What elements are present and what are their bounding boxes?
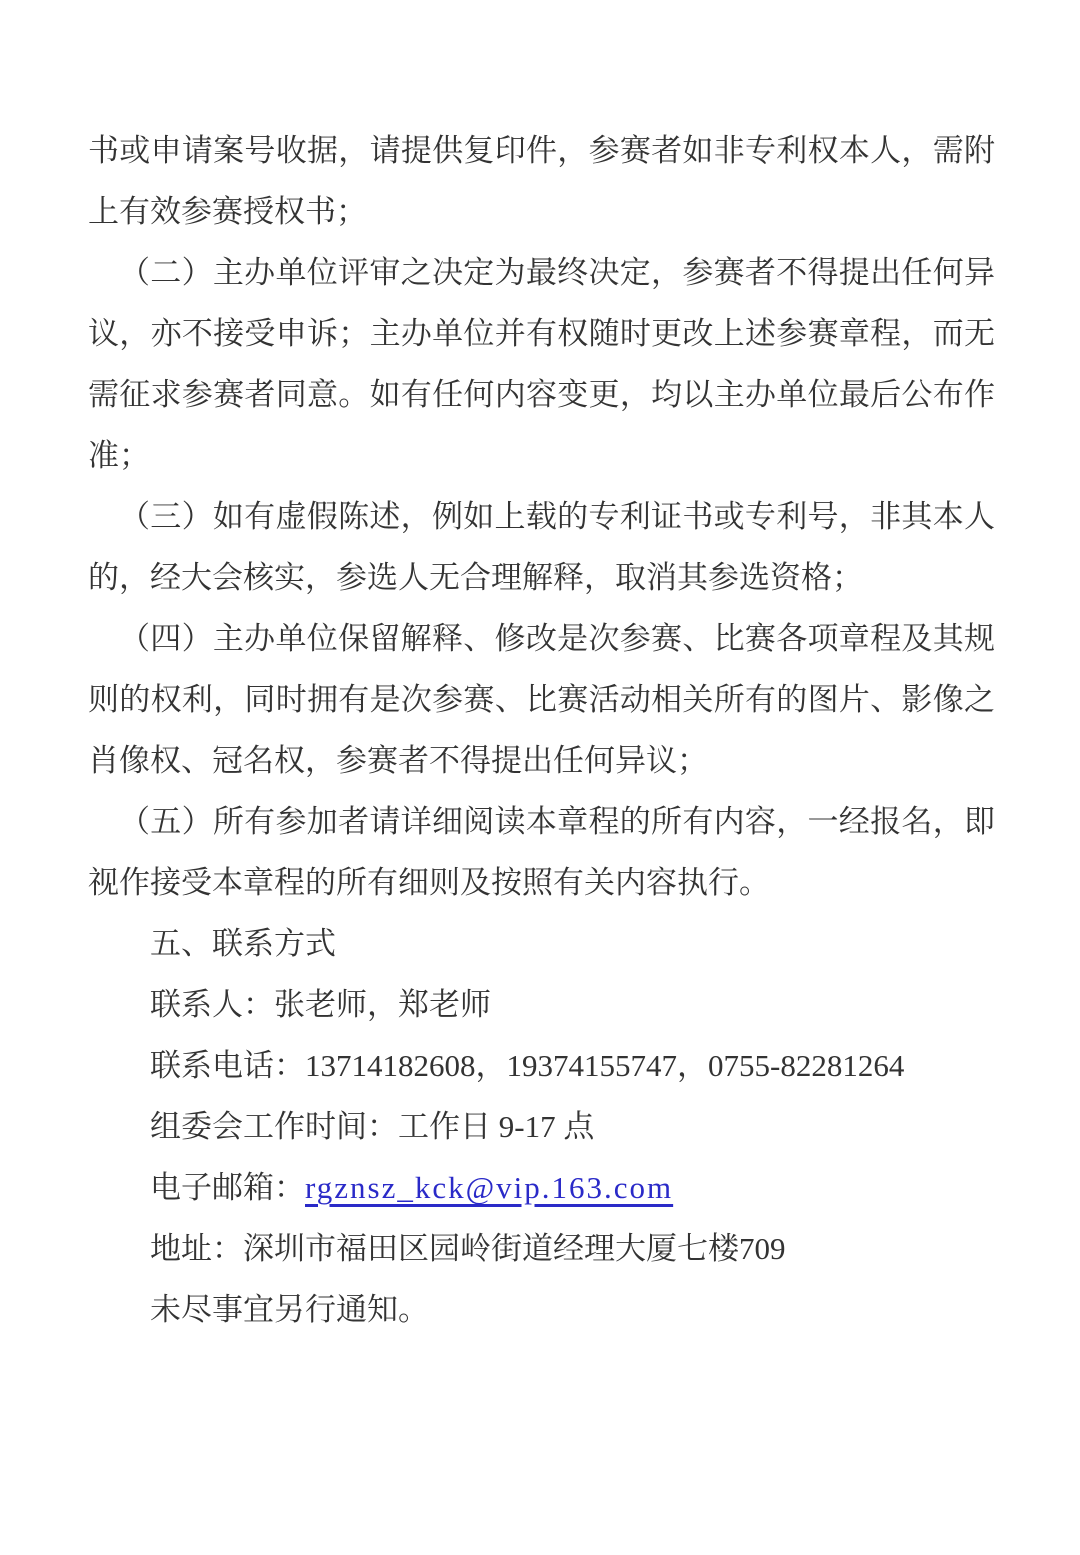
clause-5-text: （五）所有参加者请详细阅读本章程的所有内容，一经报名，即 xyxy=(119,804,995,839)
clause-4-line-2: 则的权利，同时拥有是次参赛、比赛活动相关所有的图片、影像之 xyxy=(88,669,995,730)
contact-person-line-1: 联系人：张老师，郑老师 xyxy=(88,974,995,1035)
contact-address-text: 地址：深圳市福田区园岭街道经理大厦七楼709 xyxy=(150,1231,786,1266)
clause-4-text: 则的权利，同时拥有是次参赛、比赛活动相关所有的图片、影像之 xyxy=(88,682,995,717)
contact-person-text: 联系人：张老师，郑老师 xyxy=(150,987,491,1022)
clause-5-line-2: 视作接受本章程的所有细则及按照有关内容执行。 xyxy=(88,852,995,913)
contact-email-line-1: 电子邮箱：rgznsz_kck@vip.163.com xyxy=(88,1157,995,1218)
clause-2-text: （二）主办单位评审之决定为最终决定，参赛者不得提出任何异 xyxy=(119,255,995,290)
clause-3-line-1: （三）如有虚假陈述，例如上载的专利证书或专利号，非其本人 xyxy=(88,486,995,547)
clause-4-text: （四）主办单位保留解释、修改是次参赛、比赛各项章程及其规 xyxy=(119,621,995,656)
email-link[interactable]: rgznsz_kck@vip.163.com xyxy=(305,1170,673,1205)
clause-1-continuation-text: 上有效参赛授权书； xyxy=(88,194,367,229)
clause-5-text: 视作接受本章程的所有细则及按照有关内容执行。 xyxy=(88,865,770,900)
clause-1-continuation-line-1: 书或申请案号收据，请提供复印件，参赛者如非专利权本人，需附 xyxy=(88,120,995,181)
clause-2-line-1: （二）主办单位评审之决定为最终决定，参赛者不得提出任何异 xyxy=(88,242,995,303)
clause-2-text: 需征求参赛者同意。如有任何内容变更，均以主办单位最后公布作 xyxy=(88,377,995,412)
clause-3-line-2: 的，经大会核实，参选人无合理解释，取消其参选资格； xyxy=(88,547,995,608)
clause-3-text: 的，经大会核实，参选人无合理解释，取消其参选资格； xyxy=(88,560,863,595)
contact-address-line-1: 地址：深圳市福田区园岭街道经理大厦七楼709 xyxy=(88,1218,995,1279)
clause-4-line-1: （四）主办单位保留解释、修改是次参赛、比赛各项章程及其规 xyxy=(88,608,995,669)
clause-4-line-3: 肖像权、冠名权，参赛者不得提出任何异议； xyxy=(88,730,995,791)
closing-note-line-1: 未尽事宜另行通知。 xyxy=(88,1279,995,1340)
clause-2-line-2: 议，亦不接受申诉；主办单位并有权随时更改上述参赛章程，而无 xyxy=(88,303,995,364)
clause-5-line-1: （五）所有参加者请详细阅读本章程的所有内容，一经报名，即 xyxy=(88,791,995,852)
office-hours-line-1: 组委会工作时间：工作日 9-17 点 xyxy=(88,1096,995,1157)
clause-2-text: 议，亦不接受申诉；主办单位并有权随时更改上述参赛章程，而无 xyxy=(88,316,995,351)
contact-phone-text: 联系电话：13714182608，19374155747，0755-822812… xyxy=(150,1048,904,1083)
contact-phone-line-1: 联系电话：13714182608，19374155747，0755-822812… xyxy=(88,1035,995,1096)
clause-1-continuation-text: 书或申请案号收据，请提供复印件，参赛者如非专利权本人，需附 xyxy=(88,133,995,168)
document-page: { "page": { "background": "#ffffff", "te… xyxy=(0,0,1080,1555)
clause-2-line-3: 需征求参赛者同意。如有任何内容变更，均以主办单位最后公布作 xyxy=(88,364,995,425)
closing-note-text: 未尽事宜另行通知。 xyxy=(150,1292,429,1327)
section-5-heading-text: 五、联系方式 xyxy=(150,926,336,961)
office-hours-text: 组委会工作时间：工作日 9-17 点 xyxy=(150,1109,594,1144)
clause-2-text: 准； xyxy=(88,438,150,473)
document-body: 书或申请案号收据，请提供复印件，参赛者如非专利权本人，需附上有效参赛授权书；（二… xyxy=(88,120,995,1340)
section-5-heading-line-1: 五、联系方式 xyxy=(88,913,995,974)
clause-3-text: （三）如有虚假陈述，例如上载的专利证书或专利号，非其本人 xyxy=(119,499,995,534)
clause-1-continuation-line-2: 上有效参赛授权书； xyxy=(88,181,995,242)
clause-2-line-4: 准； xyxy=(88,425,995,486)
contact-email-text: 电子邮箱： xyxy=(150,1170,305,1205)
clause-4-text: 肖像权、冠名权，参赛者不得提出任何异议； xyxy=(88,743,708,778)
